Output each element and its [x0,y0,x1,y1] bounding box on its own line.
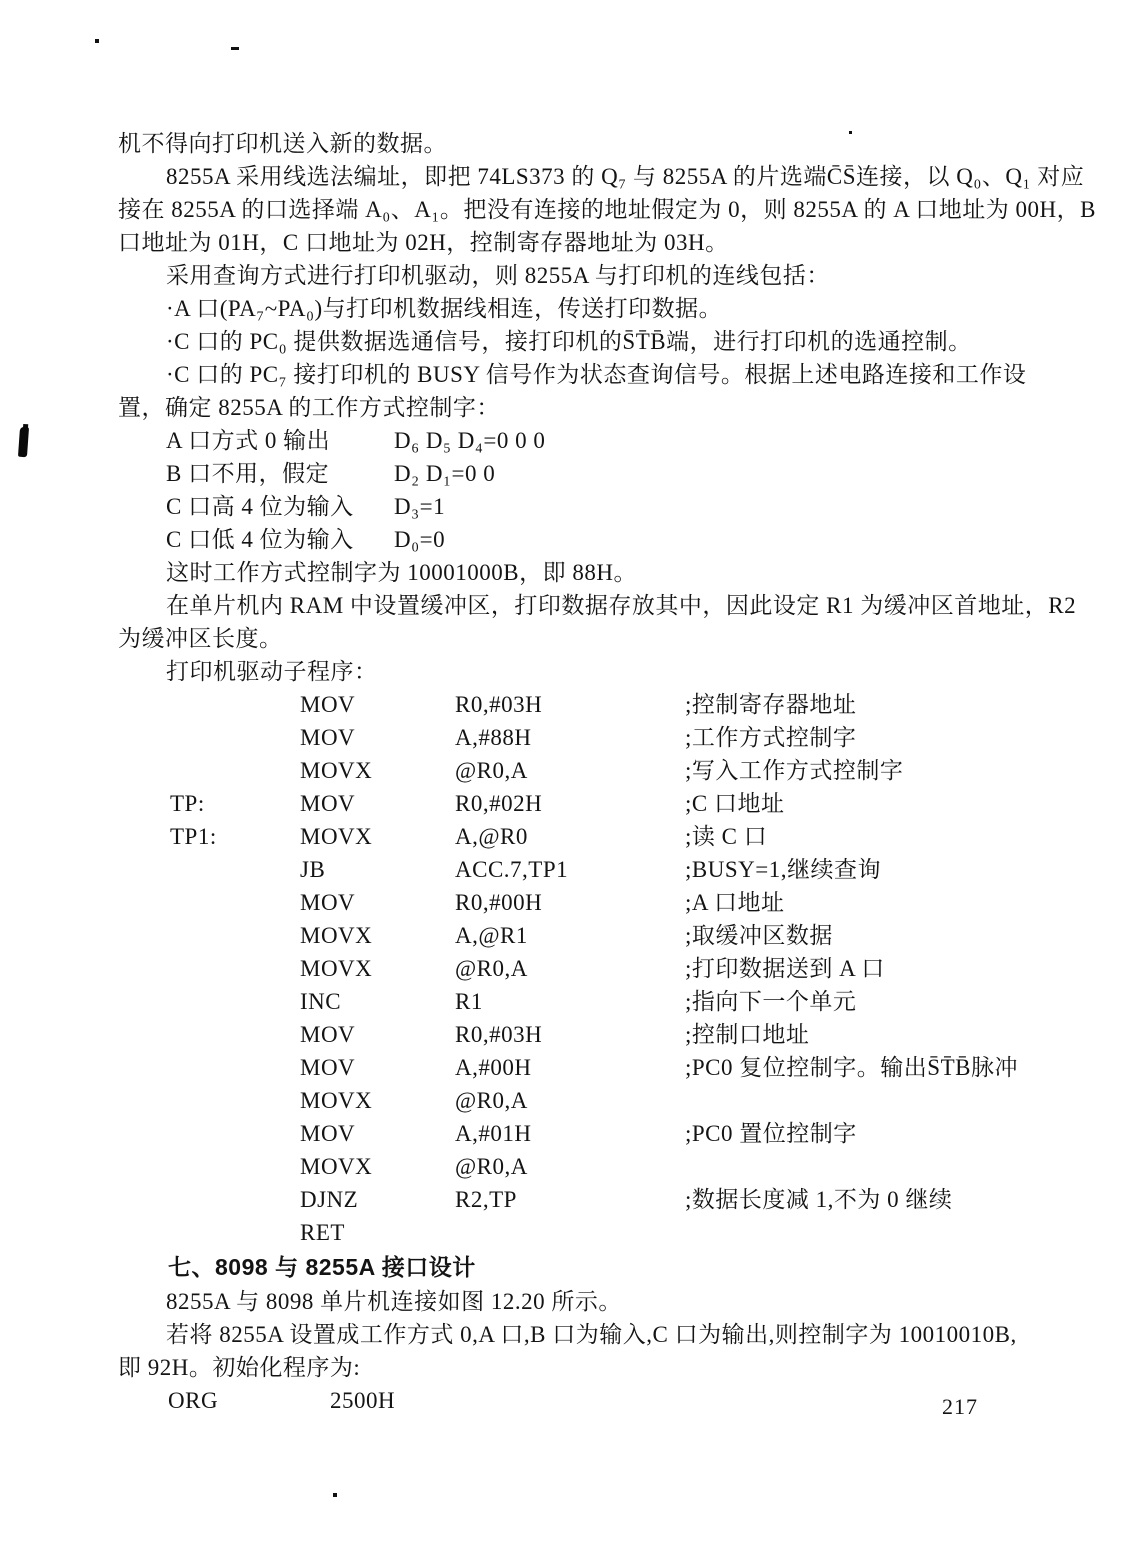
code-line: MOVR0,#03H;控制口地址 [118,1018,1058,1051]
code-comment: ;控制口地址 [685,1018,1058,1051]
code-label [170,1150,300,1183]
mode-description: A 口方式 0 输出 [166,424,394,457]
code-comment: ;写入工作方式控制字 [685,754,1058,787]
code-comment: ;打印数据送到 A 口 [685,952,1058,985]
mode-bit-values: D₆ D₅ D₄=0 0 0 [394,424,545,457]
code-operands: R2,TP [455,1183,685,1216]
text-line: 口地址为 01H，C 口地址为 02H，控制寄存器地址为 03H。 [118,226,1058,259]
code-line: MOVX@R0,A [118,1084,1058,1117]
code-label [170,1216,300,1249]
code-operands [455,1216,685,1249]
text-line: 8255A 与 8098 单片机连接如图 12.20 所示。 [118,1285,1058,1318]
text-line: 若将 8255A 设置成工作方式 0,A 口,B 口为输入,C 口为输出,则控制… [118,1318,1058,1351]
code-line: JBACC.7,TP1;BUSY=1,继续查询 [118,853,1058,886]
code-comment: ;C 口地址 [685,787,1058,820]
code-mnemonic: MOV [300,1051,455,1084]
page-number: 217 [942,1394,978,1420]
code-comment [685,1150,1058,1183]
code-line: MOVX@R0,A;写入工作方式控制字 [118,754,1058,787]
text-line: 置，确定 8255A 的工作方式控制字： [118,391,1058,424]
code-line: MOVA,#01H;PC0 置位控制字 [118,1117,1058,1150]
mode-description: C 口低 4 位为输入 [166,523,394,556]
scanned-book-page: 机不得向打印机送入新的数据。8255A 采用线选法编址，即把 74LS373 的… [0,0,1122,1568]
code-line: MOVA,#00H;PC0 复位控制字。输出S̄T̄B̄脉冲 [118,1051,1058,1084]
code-comment: ;数据长度减 1,不为 0 继续 [685,1183,1058,1216]
code-mnemonic: MOV [300,1018,455,1051]
code-operands: ACC.7,TP1 [455,853,685,886]
mode-setting-row: C 口低 4 位为输入D₀=0 [118,523,1058,556]
code-operands: A,@R0 [455,820,685,853]
text-line: 即 92H。初始化程序为: [118,1351,1058,1384]
code-line: MOVR0,#00H;A 口地址 [118,886,1058,919]
code-mnemonic: DJNZ [300,1183,455,1216]
code-label [170,1183,300,1216]
code-operands: @R0,A [455,952,685,985]
text-line: 打印机驱动子程序： [118,655,1058,688]
code-line: MOVX@R0,A;打印数据送到 A 口 [118,952,1058,985]
code-comment: ;A 口地址 [685,886,1058,919]
text-line: 采用查询方式进行打印机驱动，则 8255A 与打印机的连线包括： [118,259,1058,292]
text-line: ·A 口(PA₇~PA₀)与打印机数据线相连，传送打印数据。 [118,292,1058,325]
code-comment [685,1084,1058,1117]
mode-bit-values: D₂ D₁=0 0 [394,457,495,490]
text-line: 接在 8255A 的口选择端 A₀、A₁。把没有连接的地址假定为 0，则 825… [118,193,1058,226]
assembly-listing: MOVR0,#03H;控制寄存器地址MOVA,#88H;工作方式控制字MOVX@… [118,688,1058,1249]
code-comment: ;读 C 口 [685,820,1058,853]
code-mnemonic: MOV [300,721,455,754]
code-operands: R0,#03H [455,1018,685,1051]
code-line: TP1:MOVXA,@R0;读 C 口 [118,820,1058,853]
code-operands: R0,#00H [455,886,685,919]
control-word-settings: A 口方式 0 输出D₆ D₅ D₄=0 0 0B 口不用，假定D₂ D₁=0 … [118,424,1058,556]
page-content: 机不得向打印机送入新的数据。8255A 采用线选法编址，即把 74LS373 的… [118,127,1058,1417]
code-comment: ;PC0 复位控制字。输出S̄T̄B̄脉冲 [685,1051,1058,1084]
org-mnemonic: ORG [168,1384,330,1417]
code-mnemonic: INC [300,985,455,1018]
code-operands: R0,#03H [455,688,685,721]
org-directive-row: ORG 2500H [118,1384,1058,1417]
code-label [170,985,300,1018]
code-line: TP:MOVR0,#02H;C 口地址 [118,787,1058,820]
code-operands: @R0,A [455,1084,685,1117]
code-label [170,754,300,787]
code-mnemonic: MOVX [300,754,455,787]
text-line: 在单片机内 RAM 中设置缓冲区，打印数据存放其中，因此设定 R1 为缓冲区首地… [118,589,1058,622]
code-line: INCR1;指向下一个单元 [118,985,1058,1018]
code-operands: @R0,A [455,754,685,787]
code-comment: ;工作方式控制字 [685,721,1058,754]
code-label [170,721,300,754]
code-mnemonic: MOVX [300,1084,455,1117]
code-mnemonic: RET [300,1216,455,1249]
code-line: MOVXA,@R1;取缓冲区数据 [118,919,1058,952]
mode-bit-values: D₀=0 [394,523,445,556]
code-line: MOVX@R0,A [118,1150,1058,1183]
code-mnemonic: MOVX [300,919,455,952]
code-line: RET [118,1216,1058,1249]
code-operands: A,#88H [455,721,685,754]
code-label [170,688,300,721]
section2-paragraphs: 8255A 与 8098 单片机连接如图 12.20 所示。若将 8255A 设… [118,1285,1058,1384]
ink-speck [95,39,99,43]
code-label: TP: [170,787,300,820]
intro-paragraphs: 机不得向打印机送入新的数据。8255A 采用线选法编址，即把 74LS373 的… [118,127,1058,424]
code-operands: A,#00H [455,1051,685,1084]
code-label [170,853,300,886]
mode-setting-row: C 口高 4 位为输入D₃=1 [118,490,1058,523]
code-mnemonic: MOVX [300,952,455,985]
code-operands: R1 [455,985,685,1018]
code-mnemonic: MOV [300,787,455,820]
mode-setting-row: B 口不用，假定D₂ D₁=0 0 [118,457,1058,490]
code-label [170,919,300,952]
code-mnemonic: MOV [300,688,455,721]
code-mnemonic: MOV [300,1117,455,1150]
code-comment: ;PC0 置位控制字 [685,1117,1058,1150]
buffer-paragraphs: 这时工作方式控制字为 10001000B，即 88H。在单片机内 RAM 中设置… [118,556,1058,688]
code-comment [685,1216,1058,1249]
mode-bit-values: D₃=1 [394,490,445,523]
section-heading: 七、8098 与 8255A 接口设计 [118,1249,1058,1285]
code-label: TP1: [170,820,300,853]
code-label [170,886,300,919]
text-line: ·C 口的 PC₀ 提供数据选通信号，接打印机的S̄T̄B̄端，进行打印机的选通… [118,325,1058,358]
text-line: ·C 口的 PC₇ 接打印机的 BUSY 信号作为状态查询信号。根据上述电路连接… [118,358,1058,391]
code-line: DJNZR2,TP;数据长度减 1,不为 0 继续 [118,1183,1058,1216]
code-line: MOVR0,#03H;控制寄存器地址 [118,688,1058,721]
text-line: 这时工作方式控制字为 10001000B，即 88H。 [118,556,1058,589]
text-line: 机不得向打印机送入新的数据。 [118,127,1058,160]
code-label [170,1051,300,1084]
code-mnemonic: MOVX [300,1150,455,1183]
code-operands: @R0,A [455,1150,685,1183]
code-comment: ;BUSY=1,继续查询 [685,853,1058,886]
code-operands: A,@R1 [455,919,685,952]
ink-mark [18,427,29,458]
mode-description: C 口高 4 位为输入 [166,490,394,523]
code-comment: ;指向下一个单元 [685,985,1058,1018]
ink-speck [231,47,239,50]
code-mnemonic: JB [300,853,455,886]
mode-description: B 口不用，假定 [166,457,394,490]
code-label [170,952,300,985]
code-label [170,1018,300,1051]
mode-setting-row: A 口方式 0 输出D₆ D₅ D₄=0 0 0 [118,424,1058,457]
code-comment: ;取缓冲区数据 [685,919,1058,952]
code-mnemonic: MOVX [300,820,455,853]
ink-speck [333,1493,337,1497]
code-operands: A,#01H [455,1117,685,1150]
code-line: MOVA,#88H;工作方式控制字 [118,721,1058,754]
text-line: 8255A 采用线选法编址，即把 74LS373 的 Q₇ 与 8255A 的片… [118,160,1058,193]
code-comment: ;控制寄存器地址 [685,688,1058,721]
code-label [170,1117,300,1150]
code-label [170,1084,300,1117]
code-operands: R0,#02H [455,787,685,820]
text-line: 为缓冲区长度。 [118,622,1058,655]
code-mnemonic: MOV [300,886,455,919]
